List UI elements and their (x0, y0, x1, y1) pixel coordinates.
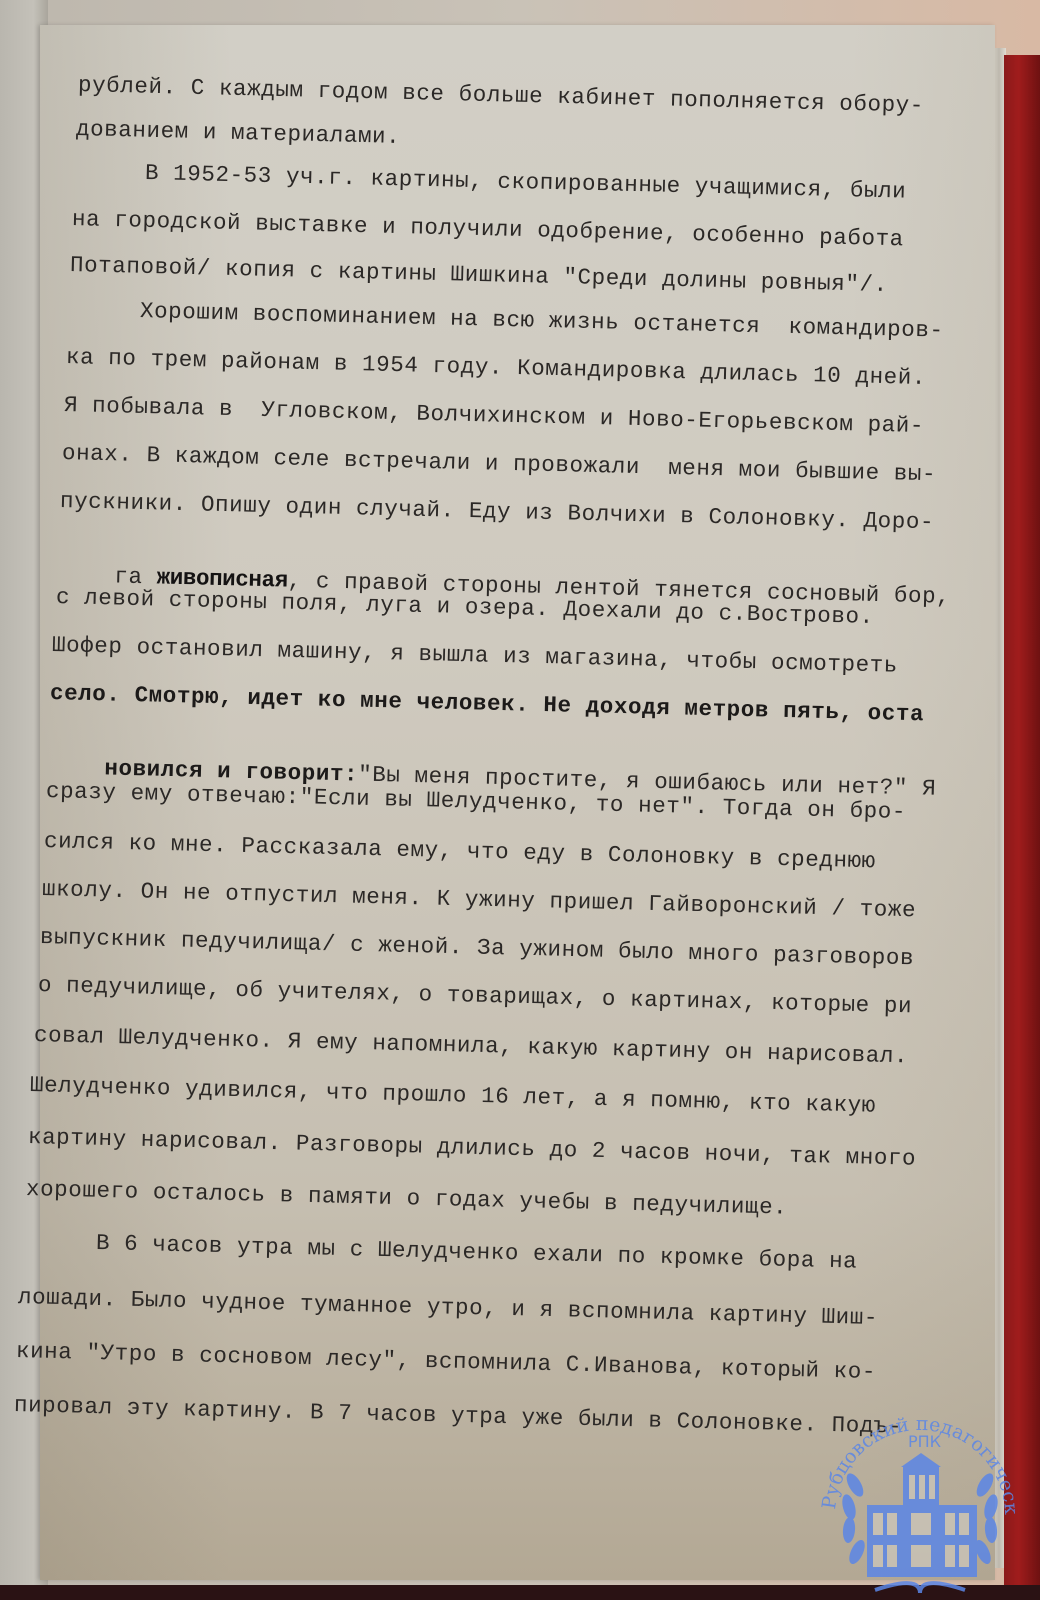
text-line: рублей. С каждым годом все больше кабине… (78, 72, 925, 119)
text-line: сился ко мне. Рассказала ему, что еду в … (44, 828, 876, 874)
stamp-initials: РПК (908, 1432, 942, 1451)
college-stamp: Рубцовский педагогический колледж РПК (815, 1395, 1025, 1600)
text-line: лошади. Было чудное туманное утро, и я в… (18, 1284, 879, 1331)
text-line: онах. В каждом селе встречали и провожал… (62, 440, 937, 487)
text-line: село. Смотрю, идет ко мне человек. Не до… (50, 680, 925, 727)
text-line: Шофер остановил машину, я вышла из магаз… (52, 632, 899, 679)
text-line: В 1952-53 уч.г. картины, скопированные у… (145, 160, 907, 205)
text-line: на городской выставке и получили одобрен… (72, 206, 904, 252)
text-line: картину нарисовал. Разговоры длились до … (28, 1124, 917, 1172)
typed-text: рублей. С каждым годом все больше кабине… (0, 0, 1040, 1600)
text-line: Потаповой/ копия с картины Шишкина "Сред… (70, 252, 888, 298)
text-line: хорошего осталось в памяти о годах учебы… (26, 1176, 788, 1221)
text-line: школу. Он не отпустил меня. К ужину приш… (42, 876, 917, 923)
text-line: совал Шелудченко. Я ему напомнила, какую… (34, 1022, 909, 1069)
text-line: ка по трем районам в 1954 году. Командир… (66, 344, 927, 391)
text-line: В 6 часов утра мы с Шелудченко ехали по … (96, 1230, 858, 1275)
text-line: пускники. Опишу один случай. Еду из Волч… (60, 488, 935, 535)
stamp-emblem-icon: Рубцовский педагогический колледж РПК (815, 1395, 1025, 1600)
text-line: кина "Утро в сосновом лесу", вспомнила С… (16, 1338, 877, 1385)
text-line: выпускник педучилища/ с женой. За ужином… (40, 924, 915, 971)
text-line: Шелудченко удивился, что прошло 16 лет, … (30, 1072, 877, 1119)
text-line: Я побывала в Угловском, Волчихинском и Н… (64, 392, 925, 439)
text-line: о педучилище, об учителях, о товарищах, … (38, 972, 913, 1019)
text-line: Хорошим воспоминанием на всю жизнь остан… (140, 298, 944, 344)
text-line: пировал эту картину. В 7 часов утра уже … (14, 1392, 903, 1440)
text-line: дованием и материалами. (76, 116, 401, 150)
